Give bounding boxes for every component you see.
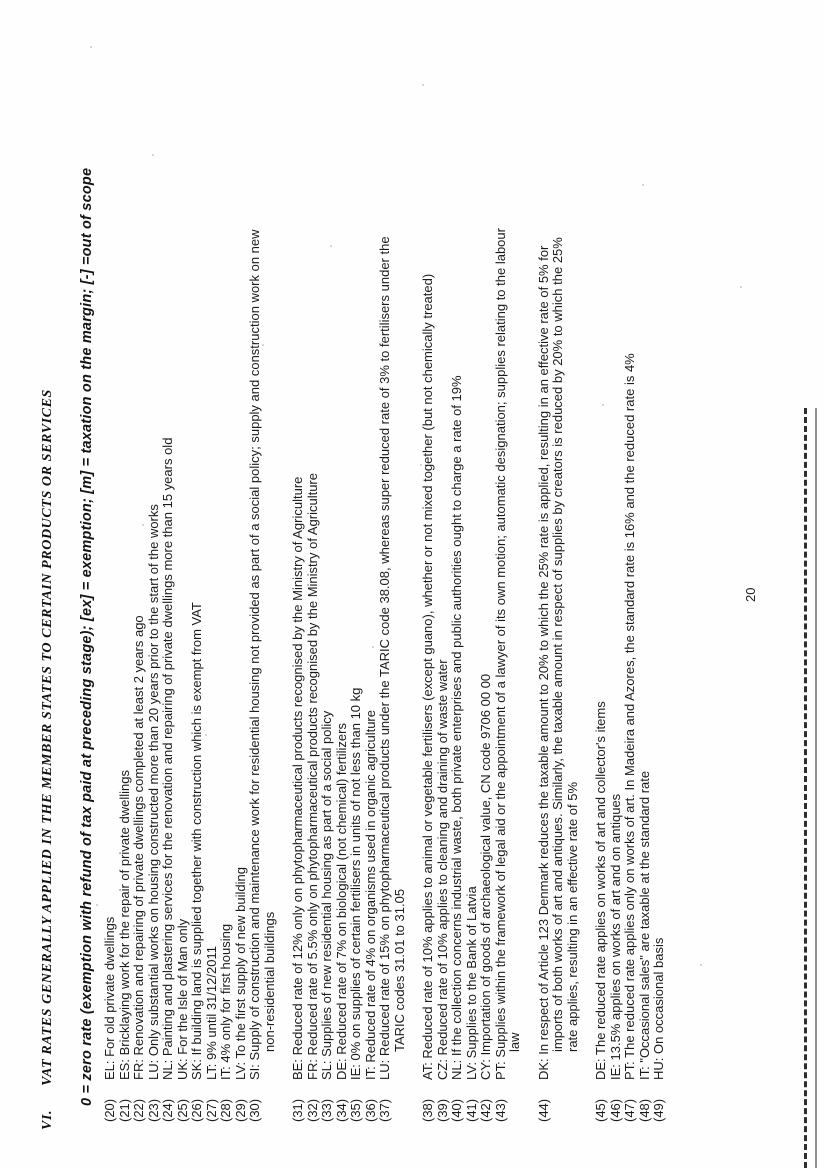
footnote-text-line: IE: 0% on supplies of certain fertiliser…: [349, 12, 364, 1080]
page-number: 20: [743, 588, 758, 602]
footnote-text-line: PT: Supplies within the framework of leg…: [494, 12, 509, 1080]
scan-speck: [372, 646, 374, 648]
footnote-text: LT: 9% until 31/12/2011: [205, 12, 220, 1080]
footnote-text-line: EL: For old private dwellings: [103, 12, 118, 1080]
footnote-number: (46): [609, 1080, 624, 1122]
footnote-item: (28) IT: 4% only for first housing: [219, 12, 234, 1122]
footnote-item: (26) SK: If building land is supplied to…: [190, 12, 205, 1122]
footnote-item: (43) PT: Supplies within the framework o…: [494, 12, 523, 1122]
footnote-number: (23): [147, 1080, 162, 1122]
footnote-text-line: PT: The reduced rate applies only on wor…: [623, 12, 638, 1080]
footnote-text-line: IE: 13.5% applies on works of art and on…: [609, 12, 624, 1080]
footnote-text-line: AT: Reduced rate of 10% applies to anima…: [421, 12, 436, 1080]
footnote-number: (21): [118, 1080, 133, 1122]
footnote-text-line: LT: 9% until 31/12/2011: [205, 12, 220, 1080]
footnote-number: (36): [364, 1080, 379, 1122]
scan-speck: [142, 524, 144, 526]
section-title: VAT RATES GENERALLY APPLIED IN THE MEMBE…: [40, 389, 55, 1086]
footnote-item: (25) UK: For the Isle of Man only: [176, 12, 191, 1122]
footnote-number: (38): [421, 1080, 436, 1122]
footnote-item: (42) CY: Importation of goods of archaeo…: [479, 12, 494, 1122]
footnote-item: (47) PT: The reduced rate applies only o…: [623, 12, 638, 1122]
footnote-text-line: rate applies, resulting in an effective …: [566, 12, 581, 1080]
footnote-text-line: CY: Importation of goods of archaeologic…: [479, 12, 494, 1080]
footnote-text-line: HU: On occasional basis: [652, 12, 667, 1080]
footnote-number: (40): [450, 1080, 465, 1122]
footnote-text: SI: Supply of construction and maintenan…: [248, 12, 277, 1080]
footnote-number: (49): [652, 1080, 667, 1122]
footnote-item: (49) HU: On occasional basis: [652, 12, 667, 1122]
footnote-item: (32) FR: Reduced rate of 5.5% only on ph…: [306, 12, 321, 1122]
footnote-text: IT: Reduced rate of 4% on organisms used…: [364, 12, 379, 1080]
footnote-text: DE: Reduced rate of 7% on biological (no…: [335, 12, 350, 1080]
footnote-text-line: ES: Bricklaying work for the repair of p…: [118, 12, 133, 1080]
section-heading: VI.VAT RATES GENERALLY APPLIED IN THE ME…: [40, 389, 56, 1130]
scan-speck: [205, 734, 207, 736]
footnote-item: (30) SI: Supply of construction and main…: [248, 12, 277, 1122]
footnote-text-line: SL: Supplies of new residential housing …: [320, 12, 335, 1080]
footnote-number: (32): [306, 1080, 321, 1122]
footnote-number: (42): [479, 1080, 494, 1122]
footnote-text: SK: If building land is supplied togethe…: [190, 12, 205, 1080]
footnote-number: (35): [349, 1080, 364, 1122]
scan-speck: [96, 904, 98, 906]
footnote-number: (37): [378, 1080, 407, 1122]
footnote-number: (27): [205, 1080, 220, 1122]
scanned-page-screenshot: VI.VAT RATES GENERALLY APPLIED IN THE ME…: [0, 0, 825, 1168]
footnote-item: (38) AT: Reduced rate of 10% applies to …: [421, 12, 436, 1122]
footnote-text: PT: The reduced rate applies only on wor…: [623, 12, 638, 1080]
footnote-text-line: imports of both works of art and antique…: [551, 12, 566, 1080]
rate-legend-line: 0 = zero rate (exemption with refund of …: [79, 168, 95, 1106]
footnote-item: (23) LU: Only substantial works on housi…: [147, 12, 162, 1122]
footnote-number: (20): [103, 1080, 118, 1122]
footnote-item: (35) IE: 0% on supplies of certain ferti…: [349, 12, 364, 1122]
footnote-text-line: FR: Renovation and repairing of private …: [132, 12, 147, 1080]
footnote-text: IT: 4% only for first housing: [219, 12, 234, 1080]
footnote-text: LV: To the first supply of new building: [234, 12, 249, 1080]
footnote-number: (22): [132, 1080, 147, 1122]
footnote-number: (24): [161, 1080, 176, 1122]
footnote-number: (33): [320, 1080, 335, 1122]
footnote-text: DK: In respect of Article 123 Denmark re…: [537, 12, 581, 1080]
footnote-text: LU: Only substantial works on housing co…: [147, 12, 162, 1080]
footnote-number: (34): [335, 1080, 350, 1122]
footnote-item: (20) EL: For old private dwellings: [103, 12, 118, 1122]
scan-speck: [180, 1046, 182, 1048]
footnote-item: (37) LU: Reduced rate of 15% on phytopha…: [378, 12, 407, 1122]
footnote-text-line: CZ: Reduced rate of 10% applies to clean…: [436, 12, 451, 1080]
footnote-number: (48): [638, 1080, 653, 1122]
scan-edge-line-dark: [804, 408, 807, 1168]
footnote-text-line: FR: Reduced rate of 5.5% only on phytoph…: [306, 12, 321, 1080]
footnote-text-line: SI: Supply of construction and maintenan…: [248, 12, 263, 1080]
footnote-text: FR: Reduced rate of 5.5% only on phytoph…: [306, 12, 321, 1080]
footnote-item: (46) IE: 13.5% applies on works of art a…: [609, 12, 624, 1122]
footnote-text-line: IT: Reduced rate of 4% on organisms used…: [364, 12, 379, 1080]
footnote-text-line: LU: Only substantial works on housing co…: [147, 12, 162, 1080]
footnote-item: (34) DE: Reduced rate of 7% on biologica…: [335, 12, 350, 1122]
scan-speck: [300, 861, 302, 863]
footnote-number: (30): [248, 1080, 277, 1122]
footnote-text-line: non-residential buildings: [263, 12, 278, 1080]
footnote-text: IE: 0% on supplies of certain fertiliser…: [349, 12, 364, 1080]
footnote-text-line: NL: If the collection concerns industria…: [450, 12, 465, 1080]
footnote-item: (33) SL: Supplies of new residential hou…: [320, 12, 335, 1122]
footnote-text: UK: For the Isle of Man only: [176, 12, 191, 1080]
footnote-item: (41) LV: Supplies to the Bank of Latvia: [465, 12, 480, 1122]
footnote-text-line: LV: Supplies to the Bank of Latvia: [465, 12, 480, 1080]
footnote-text: SL: Supplies of new residential housing …: [320, 12, 335, 1080]
footnote-text: NL: Painting and plastering services for…: [161, 12, 176, 1080]
footnote-text-line: BE: Reduced rate of 12% only on phytopha…: [291, 12, 306, 1080]
footnote-number: (25): [176, 1080, 191, 1122]
footnote-number: (44): [537, 1080, 581, 1122]
footnote-text: AT: Reduced rate of 10% applies to anima…: [421, 12, 436, 1080]
footnote-number: (28): [219, 1080, 234, 1122]
scan-speck: [90, 46, 92, 48]
footnote-text-line: NL: Painting and plastering services for…: [161, 12, 176, 1080]
document-page: VI.VAT RATES GENERALLY APPLIED IN THE ME…: [0, 0, 825, 1168]
footnote-text: LV: Supplies to the Bank of Latvia: [465, 12, 480, 1080]
footnote-text: ES: Bricklaying work for the repair of p…: [118, 12, 133, 1080]
footnote-text: IE: 13.5% applies on works of art and on…: [609, 12, 624, 1080]
footnote-text: DE: The reduced rate applies on works of…: [594, 12, 609, 1080]
footnote-number: (39): [436, 1080, 451, 1122]
footnote-text-line: TARIC codes 31.01 to 31.05: [393, 12, 408, 1080]
footnote-item: (39) CZ: Reduced rate of 10% applies to …: [436, 12, 451, 1122]
footnote-text-line: DE: Reduced rate of 7% on biological (no…: [335, 12, 350, 1080]
footnote-text-line: DK: In respect of Article 123 Denmark re…: [537, 12, 552, 1080]
scan-speck: [420, 464, 422, 466]
footnote-item: (45) DE: The reduced rate applies on wor…: [594, 12, 609, 1122]
footnote-item: (21) ES: Bricklaying work for the repair…: [118, 12, 133, 1122]
footnote-text-line: IT: 4% only for first housing: [219, 12, 234, 1080]
scan-speck: [152, 154, 154, 156]
footnote-text-line: IT: "Occasional sales" are taxable at th…: [638, 12, 653, 1080]
footnote-text: PT: Supplies within the framework of leg…: [494, 12, 523, 1080]
footnote-number: (43): [494, 1080, 523, 1122]
scan-speck: [560, 814, 562, 816]
footnote-text: EL: For old private dwellings: [103, 12, 118, 1080]
scan-speck: [330, 245, 332, 247]
footnote-text-line: law: [508, 12, 523, 1080]
footnote-item: (36) IT: Reduced rate of 4% on organisms…: [364, 12, 379, 1122]
footnote-text-line: DE: The reduced rate applies on works of…: [594, 12, 609, 1080]
footnote-number: (41): [465, 1080, 480, 1122]
footnote-text: LU: Reduced rate of 15% on phytopharmace…: [378, 12, 407, 1080]
footnote-text-line: LV: To the first supply of new building: [234, 12, 249, 1080]
scan-speck: [602, 404, 604, 406]
footnote-item: (27) LT: 9% until 31/12/2011: [205, 12, 220, 1122]
footnote-number: (31): [291, 1080, 306, 1122]
footnote-item: (48) IT: "Occasional sales" are taxable …: [638, 12, 653, 1122]
footnote-text: FR: Renovation and repairing of private …: [132, 12, 147, 1080]
scan-speck: [740, 286, 742, 288]
footnote-item: (29) LV: To the first supply of new buil…: [234, 12, 249, 1122]
footnote-number: (47): [623, 1080, 638, 1122]
footnote-list: (20) EL: For old private dwellings (21) …: [103, 12, 667, 1122]
footnote-text: BE: Reduced rate of 12% only on phytopha…: [291, 12, 306, 1080]
scan-speck: [642, 184, 644, 186]
footnote-text: HU: On occasional basis: [652, 12, 667, 1080]
footnote-item: (24) NL: Painting and plastering service…: [161, 12, 176, 1122]
footnote-number: (26): [190, 1080, 205, 1122]
footnote-item: (31) BE: Reduced rate of 12% only on phy…: [291, 12, 306, 1122]
scan-speck: [700, 964, 702, 966]
footnote-text-line: UK: For the Isle of Man only: [176, 12, 191, 1080]
footnote-text-line: SK: If building land is supplied togethe…: [190, 12, 205, 1080]
scan-speck: [470, 1106, 472, 1108]
scan-speck: [262, 344, 264, 346]
footnote-number: (29): [234, 1080, 249, 1122]
scan-speck: [422, 84, 424, 86]
footnote-item: (22) FR: Renovation and repairing of pri…: [132, 12, 147, 1122]
footnote-number: (45): [594, 1080, 609, 1122]
footnote-text: NL: If the collection concerns industria…: [450, 12, 465, 1080]
footnote-item: (40) NL: If the collection concerns indu…: [450, 12, 465, 1122]
footnote-text: IT: "Occasional sales" are taxable at th…: [638, 12, 653, 1080]
footnote-item: (44) DK: In respect of Article 123 Denma…: [537, 12, 581, 1122]
footnote-text: CZ: Reduced rate of 10% applies to clean…: [436, 12, 451, 1080]
scan-edge-line-gray: [815, 408, 817, 1168]
footnote-text: CY: Importation of goods of archaeologic…: [479, 12, 494, 1080]
section-number: VI.: [40, 1110, 55, 1130]
footnote-text-line: LU: Reduced rate of 15% on phytopharmace…: [378, 12, 393, 1080]
